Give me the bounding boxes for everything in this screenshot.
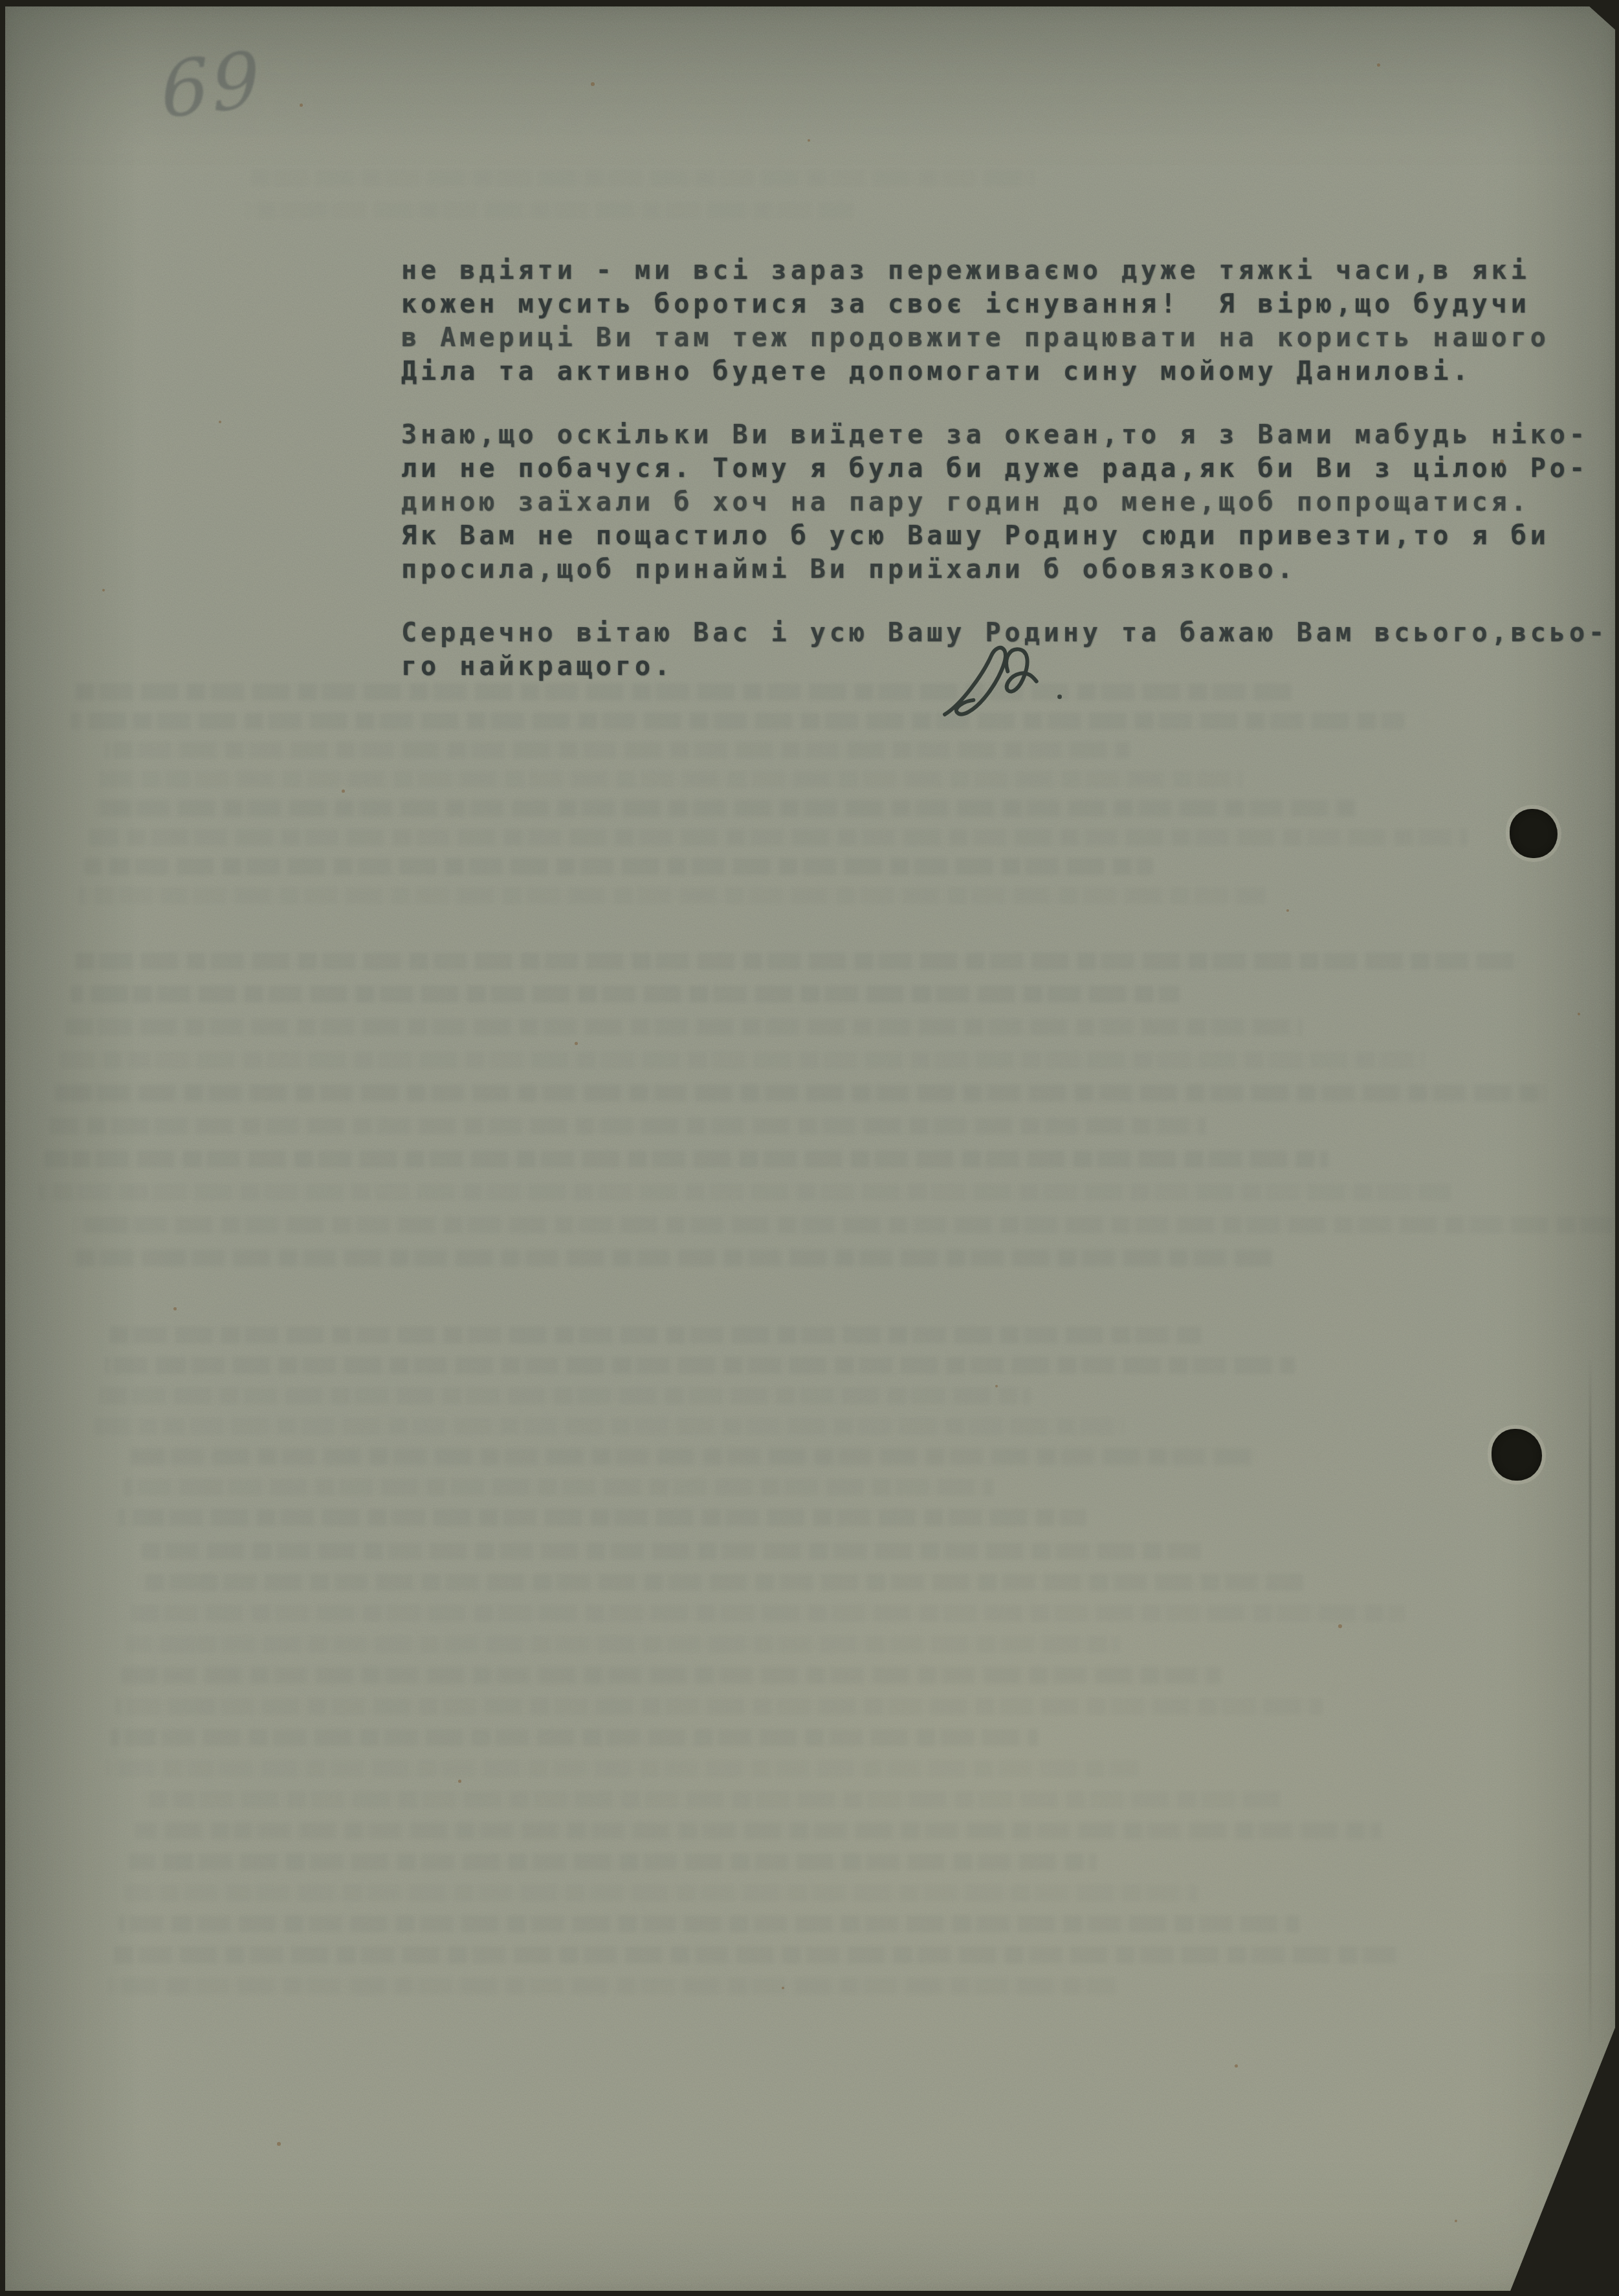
- typed-line: в Америці Ви там теж продовжите працюват…: [401, 321, 1619, 355]
- typed-line: кожен мусить боротися за своє існування!…: [401, 287, 1619, 321]
- punch-hole-top: [1510, 809, 1558, 858]
- scan-background: 69 не вдіяти - ми всі зараз переживаємо …: [0, 0, 1619, 2296]
- paper-crease: [1589, 1359, 1591, 2045]
- typed-line: Як Вам не пощастило б усю Вашу Родину сю…: [401, 519, 1619, 553]
- document-page: 69 не вдіяти - ми всі зараз переживаємо …: [5, 6, 1615, 2291]
- handwritten-page-number: 69: [159, 40, 264, 129]
- punch-hole-bottom: [1492, 1429, 1542, 1481]
- typed-line: просила,щоб принаймі Ви приїхали б обовя…: [401, 553, 1619, 586]
- typed-line: Знаю,що оскільки Ви виїдете за океан,то …: [401, 418, 1619, 452]
- typed-line: диною заїхали б хоч на пару годин до мен…: [401, 485, 1619, 519]
- signature-mark: [937, 639, 1070, 722]
- typed-line: не вдіяти - ми всі зараз переживаємо дуж…: [401, 254, 1619, 287]
- typed-line: Діла та активно будете допомогати сину м…: [401, 355, 1619, 388]
- letter-paragraph: Знаю,що оскільки Ви виїдете за океан,то …: [401, 418, 1619, 586]
- letter-paragraph: не вдіяти - ми всі зараз переживаємо дуж…: [401, 254, 1619, 388]
- typed-line: ли не побачуся. Тому я була би дуже рада…: [401, 452, 1619, 485]
